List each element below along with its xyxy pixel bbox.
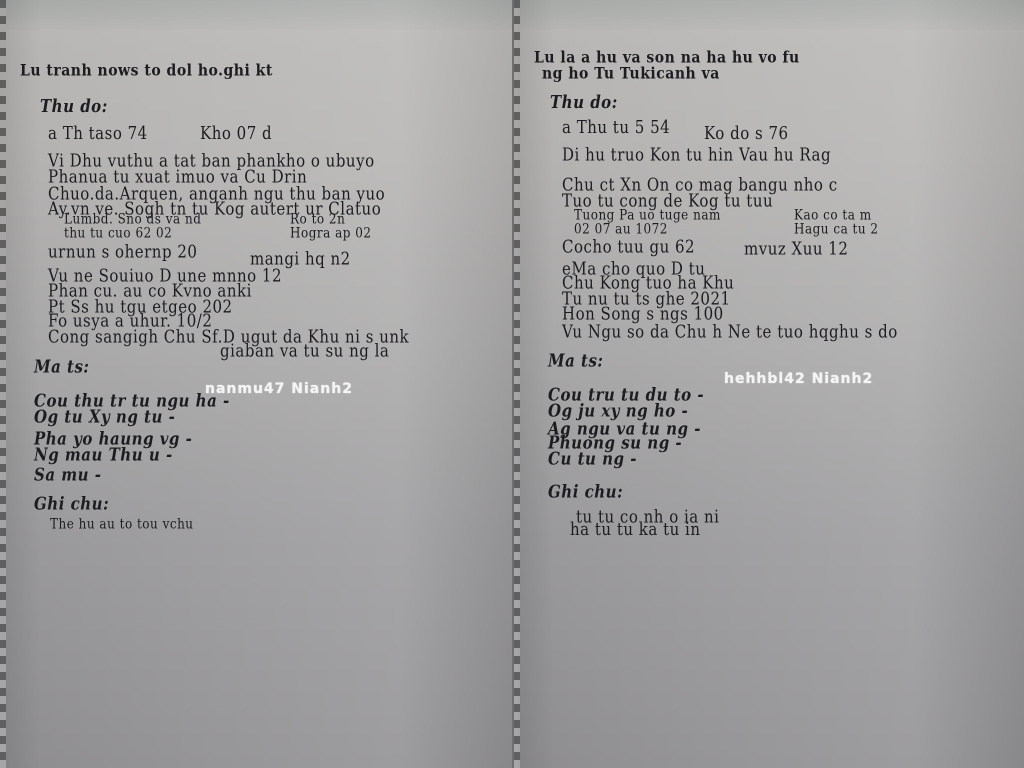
doc-line: a Th taso 74 (48, 123, 148, 144)
list-item: Ng mau Thu u - (34, 445, 173, 466)
doc-line: mvuz Xuu 12 (744, 239, 848, 260)
doc-line: urnun s ohernp 20 (48, 242, 197, 263)
list-item: ha tu tu ka tu in (570, 519, 701, 540)
section-heading: Ma ts: (548, 351, 603, 372)
list-item: Cu tu ng - (548, 449, 637, 470)
list-item: Ghi chu: (34, 494, 109, 515)
watermark: hehhbl42 Nianh2 (724, 371, 873, 387)
watermark: nanmu47 Nianh2 (205, 381, 353, 397)
top-background (0, 0, 512, 30)
list-item: Ghi chu: (548, 482, 623, 503)
doc-line: thu tu cuo 62 02 (64, 225, 172, 241)
section-heading: Thu do: (550, 92, 618, 113)
page-edge (514, 0, 520, 768)
doc-line: Kho 07 d (200, 123, 272, 144)
doc-line: Hagu ca tu 2 (794, 221, 879, 237)
list-item: The hu au to tou vchu (50, 516, 194, 532)
section-heading: Thu do: (40, 96, 108, 117)
section-heading: Ma ts: (34, 357, 89, 378)
left-document-page: Lu tranh nows to dol ho.ghi kt Thu do: a… (0, 0, 512, 768)
doc-line: 02 07 au 1072 (574, 221, 668, 237)
page-edge (0, 0, 6, 768)
list-item: Sa mu - (34, 465, 102, 486)
list-item: Og tu Xy ng tu - (34, 407, 175, 428)
doc-line: Cocho tuu gu 62 (562, 237, 695, 258)
doc-line: Di hu truo Kon tu hin Vau hu Rag (562, 145, 831, 166)
page-subtitle: ng ho Tu Tukicanh va (542, 65, 720, 83)
right-document-page: Lu la a hu va son na ha hu vo fu ng ho T… (512, 0, 1024, 768)
doc-line: Hogra ap 02 (290, 225, 372, 241)
doc-line: Ko do s 76 (704, 123, 789, 144)
page-title: Lu tranh nows to dol ho.ghi kt (20, 62, 273, 80)
doc-line: giaban va tu su ng la (220, 341, 389, 362)
doc-line: a Thu tu 5 54 (562, 117, 670, 138)
doc-line: Vu Ngu so da Chu h Ne te tuo hqghu s do (562, 322, 898, 343)
top-background (514, 0, 1024, 30)
